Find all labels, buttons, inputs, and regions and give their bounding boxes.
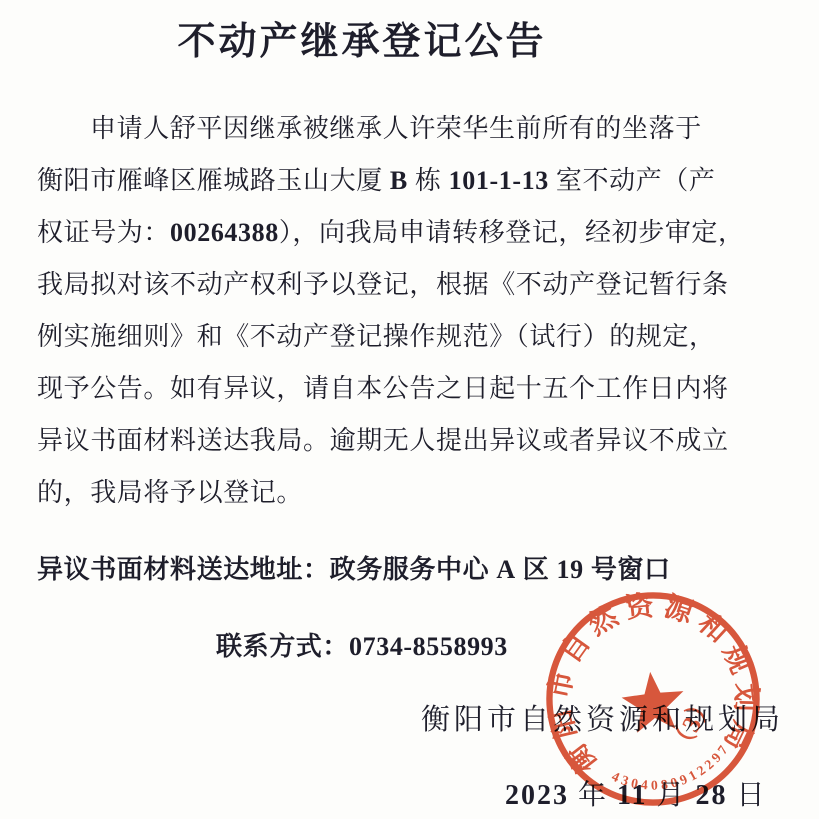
body-line-2: 衡阳市雁峰区雁城路玉山大厦 B 栋 101-1-13 室不动产（产 — [37, 160, 716, 197]
body-line-3: 权证号为：00264388），向我局申请转移登记，经初步审定， — [37, 212, 745, 249]
contact-phone-line: 联系方式：0734-8558993 — [216, 626, 508, 663]
objection-address-line: 异议书面材料送达地址：政务服务中心 A 区 19 号窗口 — [37, 549, 671, 586]
body-line-5: 例实施细则》和《不动产登记操作规范》（试行）的规定， — [37, 316, 716, 353]
body-line-8: 的，我局将予以登记。 — [37, 472, 303, 509]
body-line-7: 异议书面材料送达我局。逾期无人提出异议或者异议不成立 — [37, 420, 729, 457]
official-seal: 衡阳市自然资源和规划局 （3） 4304080912297 — [533, 579, 773, 819]
body-line-1: 申请人舒平因继承被继承人许荣华生前所有的坐落于 — [37, 108, 702, 145]
announcement-page: 不动产继承登记公告 申请人舒平因继承被继承人许荣华生前所有的坐落于 衡阳市雁峰区… — [0, 0, 819, 819]
body-line-4: 我局拟对该不动产权利予以登记，根据《不动产登记暂行条 — [37, 264, 729, 301]
body-line-6: 现予公告。如有异议，请自本公告之日起十五个工作日内将 — [37, 368, 729, 405]
page-title: 不动产继承登记公告 — [0, 10, 724, 65]
